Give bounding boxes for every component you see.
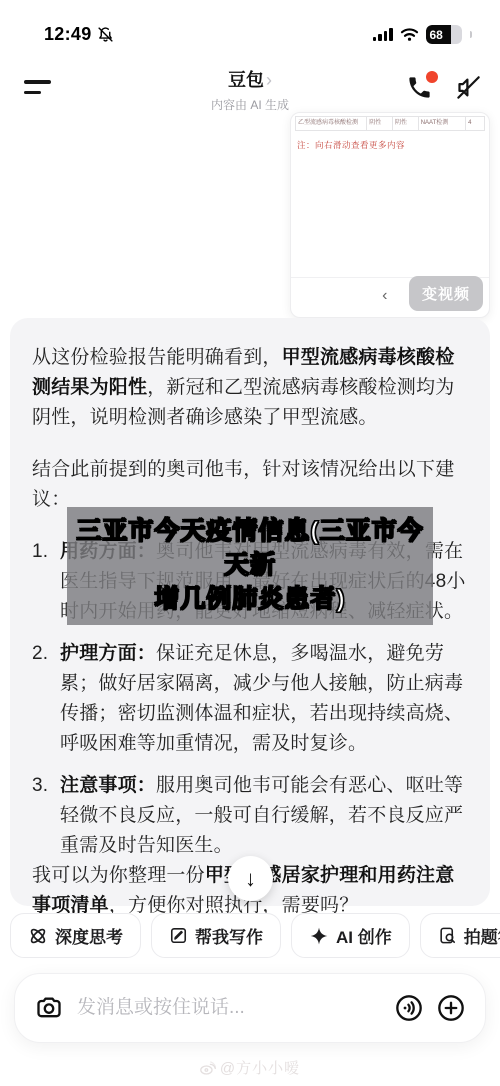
weibo-logo-icon [200,1061,216,1075]
arrow-down-icon: ↓ [245,866,256,892]
paragraph-diagnosis: 从这份检验报告能明确看到，甲型流感病毒核酸检测结果为阳性，新冠和乙型流感病毒核酸… [32,343,468,433]
suggestion-chip-bar: 深度思考 帮我写作 AI 创作 拍题答疑 [10,913,500,958]
chip-ai-create[interactable]: AI 创作 [291,913,410,958]
bell-slash-icon [97,26,114,43]
wifi-icon [400,27,419,42]
chip-label: 帮我写作 [195,923,263,948]
notification-red-dot [426,71,438,83]
camera-icon[interactable] [35,994,63,1022]
app-title: 豆包 [228,70,264,90]
chip-label: 深度思考 [55,923,123,948]
message-input-bar [14,973,486,1043]
deep-think-icon [28,926,48,946]
chip-label: AI 创作 [336,923,392,948]
lab-report-image-message[interactable]: 乙型流感病毒核酸检测 阴性 阴性 NAAT检测 4 注：向右滑动查看更多内容 ‹… [290,112,490,318]
clock: 12:49 [44,24,92,45]
list-item: 3. 注意事项：服用奥司他韦可能会有恶心、呕吐等轻微不良反应，一般可自行缓解，若… [32,771,468,861]
chevron-left-icon[interactable]: ‹ [382,288,387,304]
chip-help-write[interactable]: 帮我写作 [151,913,281,958]
battery-nub [470,31,473,38]
report-cell: 4 [466,117,484,130]
chip-label: 拍题答疑 [464,923,500,948]
voice-mode-icon[interactable] [395,994,423,1022]
report-cell: 阴性 [367,117,393,130]
status-bar: 12:49 68 [0,0,500,55]
photo-question-icon [438,926,457,945]
write-icon [169,926,188,945]
battery-indicator: 68 [426,25,462,44]
list-item: 2. 护理方面：保证充足休息，多喝温水，避免劳累；做好居家隔离，减少与他人接触，… [32,639,468,759]
scroll-to-bottom-button[interactable]: ↓ [228,856,273,901]
chip-photo-question[interactable]: 拍题答疑 [420,913,500,958]
swipe-hint-note: 注：向右滑动查看更多内容 [297,139,483,151]
paragraph-intro: 结合此前提到的奥司他韦，针对该情况给出以下建议： [32,455,468,515]
sparkle-icon [309,926,329,946]
report-cell: NAAT检测 [419,117,466,130]
signal-strength-icon [373,29,393,41]
battery-percent: 68 [430,28,443,42]
plus-icon[interactable] [437,994,465,1022]
watermark-text: @方小小嗳 [220,1057,300,1078]
overlay-watermark: 三亚市今天疫情信息(三亚市今天新 增几例肺炎患者) [67,507,433,625]
report-cell: 乙型流感病毒核酸检测 [296,117,367,130]
voice-call-button[interactable] [406,74,433,101]
to-video-button[interactable]: 变视频 [409,276,483,311]
report-cell: 阴性 [393,117,419,130]
chevron-right-icon: › [266,70,272,90]
report-table-row: 乙型流感病毒核酸检测 阴性 阴性 NAAT检测 4 [295,116,485,131]
weibo-watermark: @方小小嗳 [0,1057,500,1078]
message-input[interactable] [77,997,381,1019]
chip-deep-think[interactable]: 深度思考 [10,913,141,958]
sound-off-button[interactable] [455,74,482,101]
app-header: 豆包› 内容由 AI 生成 [0,58,500,120]
doubao-chat-screen: 12:49 68 [0,0,500,1086]
